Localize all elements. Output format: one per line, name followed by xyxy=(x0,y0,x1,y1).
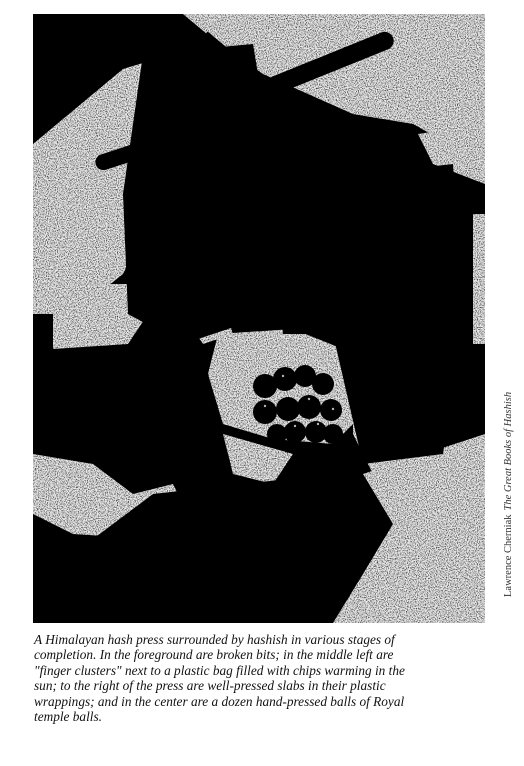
source-title: The Great Books of Hashish xyxy=(503,392,514,511)
photographer-name: Lawrence Cherniak xyxy=(503,515,514,598)
caption-line: wrappings; and in the center are a dozen… xyxy=(34,694,484,709)
caption-line: completion. In the foreground are broken… xyxy=(34,647,484,662)
caption-line: sun; to the right of the press are well-… xyxy=(34,678,484,693)
photo-caption: A Himalayan hash press surrounded by has… xyxy=(34,632,484,724)
caption-line: temple balls. xyxy=(34,709,484,724)
photograph xyxy=(33,14,485,623)
caption-line: A Himalayan hash press surrounded by has… xyxy=(34,632,484,647)
photo-credit: Lawrence CherniakThe Great Books of Hash… xyxy=(503,392,514,597)
caption-line: "finger clusters" next to a plastic bag … xyxy=(34,663,484,678)
hash-press-photo xyxy=(33,14,485,623)
